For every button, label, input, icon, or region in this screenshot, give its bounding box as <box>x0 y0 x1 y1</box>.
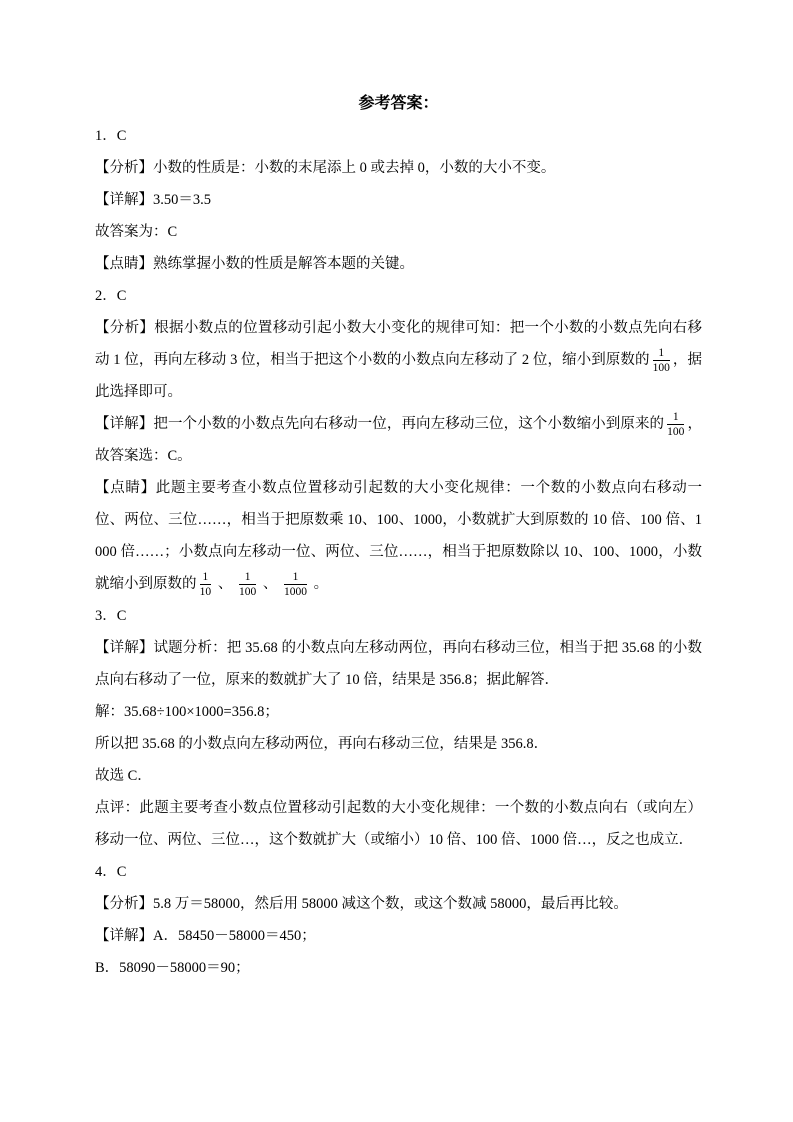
text-segment: 、 <box>214 576 236 592</box>
fraction: 1100 <box>667 411 684 439</box>
answer-paragraph: 【分析】5.8 万＝58000，然后用 58000 减这个数，或这个数减 580… <box>95 888 702 920</box>
answer-number: 4．C <box>95 856 702 888</box>
fraction-numerator: 1 <box>667 411 684 425</box>
fraction-numerator: 1 <box>200 571 212 585</box>
answer-paragraph: 所以把 35.68 的小数点向左移动两位，再向右移动三位，结果是 356.8． <box>95 728 702 760</box>
text-segment: 、 <box>259 576 281 592</box>
fraction: 1100 <box>239 571 256 599</box>
answer-number: 2．C <box>95 280 702 312</box>
fraction-denominator: 1000 <box>284 585 307 599</box>
text-segment: 故答案为：C <box>95 224 177 240</box>
fraction: 110 <box>200 571 212 599</box>
answers-content: 1．C【分析】小数的性质是：小数的末尾添上 0 或去掉 0，小数的大小不变。【详… <box>95 120 702 984</box>
text-segment: 【详解】把一个小数的小数点先向右移动一位，再向左移动三位，这个小数缩小到原来的 <box>95 416 664 432</box>
answer-number: 3．C <box>95 600 702 632</box>
answer-paragraph: 【点睛】此题主要考查小数点位置移动引起数的大小变化规律：一个数的小数点向右移动一… <box>95 472 702 600</box>
answer-paragraph: 【分析】根据小数点的位置移动引起小数大小变化的规律可知：把一个小数的小数点先向右… <box>95 312 702 408</box>
text-segment: 【分析】根据小数点的位置移动引起小数大小变化的规律可知：把一个小数的小数点先向右… <box>95 320 702 368</box>
answer-paragraph: 【详解】把一个小数的小数点先向右移动一位，再向左移动三位，这个小数缩小到原来的1… <box>95 408 702 472</box>
fraction-denominator: 100 <box>239 585 256 599</box>
fraction: 1100 <box>653 347 670 375</box>
answer-paragraph: 【详解】A．58450－58000＝450； <box>95 920 702 952</box>
text-segment: 故选 C． <box>95 768 152 784</box>
text-segment: 所以把 35.68 的小数点向左移动两位，再向右移动三位，结果是 356.8． <box>95 736 548 752</box>
text-segment: 解：35.68÷100×1000=356.8； <box>95 704 279 720</box>
answer-paragraph: 【详解】试题分析：把 35.68 的小数点向左移动两位，再向右移动三位，相当于把… <box>95 632 702 696</box>
fraction-numerator: 1 <box>284 571 307 585</box>
answer-paragraph: 故选 C． <box>95 760 702 792</box>
answer-paragraph: 【详解】3.50＝3.5 <box>95 184 702 216</box>
answer-block-1: 1．C【分析】小数的性质是：小数的末尾添上 0 或去掉 0，小数的大小不变。【详… <box>95 120 702 280</box>
answer-paragraph: 【点睛】熟练掌握小数的性质是解答本题的关键。 <box>95 248 702 280</box>
text-segment: 【详解】A．58450－58000＝450； <box>95 928 316 944</box>
page-title: 参考答案： <box>95 88 702 120</box>
answer-block-4: 4．C【分析】5.8 万＝58000，然后用 58000 减这个数，或这个数减 … <box>95 856 702 984</box>
fraction-denominator: 100 <box>653 361 670 375</box>
answer-paragraph: B．58090－58000＝90； <box>95 952 702 984</box>
text-segment: 【分析】5.8 万＝58000，然后用 58000 减这个数，或这个数减 580… <box>95 896 628 912</box>
text-segment: 。 <box>310 576 328 592</box>
answer-block-2: 2．C【分析】根据小数点的位置移动引起小数大小变化的规律可知：把一个小数的小数点… <box>95 280 702 600</box>
fraction-numerator: 1 <box>653 347 670 361</box>
text-segment: 【详解】试题分析：把 35.68 的小数点向左移动两位，再向右移动三位，相当于把… <box>95 640 702 688</box>
text-segment: 点评：此题主要考查小数点位置移动引起数的大小变化规律：一个数的小数点向右（或向左… <box>95 800 702 848</box>
answer-paragraph: 解：35.68÷100×1000=356.8； <box>95 696 702 728</box>
fraction-denominator: 100 <box>667 425 684 439</box>
answer-paragraph: 【分析】小数的性质是：小数的末尾添上 0 或去掉 0，小数的大小不变。 <box>95 152 702 184</box>
answer-paragraph: 点评：此题主要考查小数点位置移动引起数的大小变化规律：一个数的小数点向右（或向左… <box>95 792 702 856</box>
fraction: 11000 <box>284 571 307 599</box>
text-segment: 【点睛】熟练掌握小数的性质是解答本题的关键。 <box>95 256 414 272</box>
answer-block-3: 3．C【详解】试题分析：把 35.68 的小数点向左移动两位，再向右移动三位，相… <box>95 600 702 856</box>
fraction-numerator: 1 <box>239 571 256 585</box>
text-segment: 【点睛】此题主要考查小数点位置移动引起数的大小变化规律：一个数的小数点向右移动一… <box>95 480 702 592</box>
answer-number: 1．C <box>95 120 702 152</box>
document-page: 参考答案： 1．C【分析】小数的性质是：小数的末尾添上 0 或去掉 0，小数的大… <box>0 0 793 1122</box>
fraction-denominator: 10 <box>200 585 212 599</box>
text-segment: 【详解】3.50＝3.5 <box>95 192 211 208</box>
answer-paragraph: 故答案为：C <box>95 216 702 248</box>
text-segment: B．58090－58000＝90； <box>95 960 250 976</box>
text-segment: 【分析】小数的性质是：小数的末尾添上 0 或去掉 0，小数的大小不变。 <box>95 160 555 176</box>
